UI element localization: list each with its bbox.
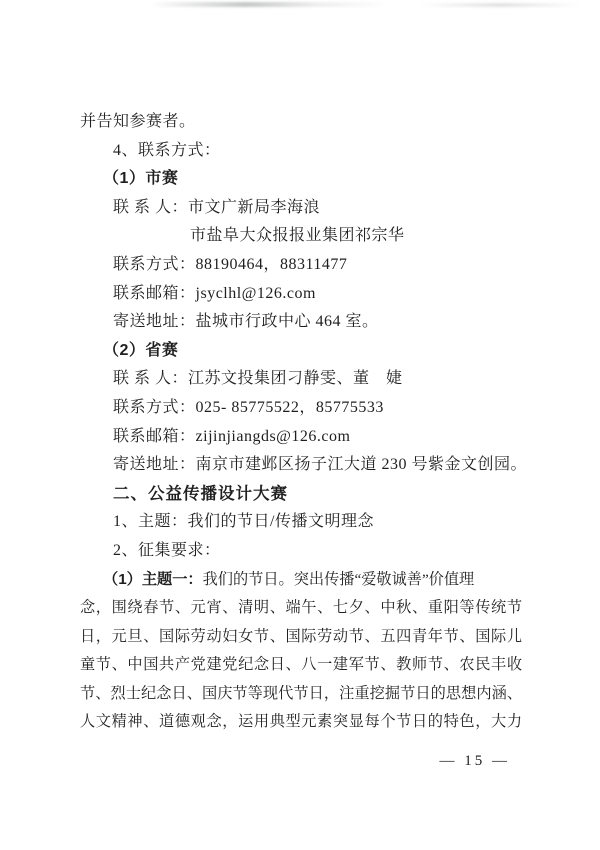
requirement-paragraph-line-4: 童节、中国共产党建党纪念日、八一建军节、教师节、农民丰收 — [80, 651, 522, 680]
province-email-value: zijinjiangds@126.com — [196, 428, 351, 445]
province-address-line: 寄送地址：南京市建邺区扬子江大道 230 号紫金文创园。 — [80, 451, 522, 480]
city-contact-person-line: 联 系 人：市文广新局李海浪 — [80, 194, 522, 223]
province-phone-line: 联系方式：025- 85775522，85775533 — [80, 394, 522, 423]
province-phone-value: 025- 85775522，85775533 — [196, 399, 384, 416]
section-two-requirements-line: 2、征集要求： — [80, 537, 522, 566]
city-address-line: 寄送地址：盐城市行政中心 464 室。 — [80, 308, 522, 337]
scan-artifact-streak-right — [420, 3, 580, 7]
requirement-paragraph-label: （1）主题一： — [103, 571, 203, 588]
intro-continuation-line: 并告知参赛者。 — [80, 108, 522, 137]
province-address-label: 寄送地址： — [113, 456, 196, 473]
document-body: 并告知参赛者。 4、联系方式： （1）市赛 联 系 人：市文广新局李海浪 市盐阜… — [80, 108, 522, 737]
city-address-value: 盐城市行政中心 464 室。 — [196, 313, 379, 330]
city-contest-title: （1）市赛 — [80, 165, 522, 194]
contact-section-heading: 4、联系方式： — [80, 137, 522, 166]
section-two-heading: 二、公益传播设计大赛 — [80, 480, 522, 509]
scan-artifact-streak — [150, 2, 390, 7]
city-phone-value: 88190464，88311477 — [196, 256, 348, 273]
city-phone-line: 联系方式：88190464，88311477 — [80, 251, 522, 280]
city-contact-person-line2: 市盐阜大众报报业集团祁宗华 — [80, 222, 522, 251]
section-two-theme-line: 1、主题：我们的节日/传播文明理念 — [80, 508, 522, 537]
province-address-value: 南京市建邺区扬子江大道 230 号紫金文创园。 — [196, 456, 528, 473]
province-contact-person-value: 江苏文投集团刁静雯、董 婕 — [188, 370, 403, 387]
province-email-label: 联系邮箱： — [113, 428, 196, 445]
city-phone-label: 联系方式： — [113, 256, 196, 273]
requirement-paragraph-line-2: 念，围绕春节、元宵、清明、端午、七夕、中秋、重阳等传统节 — [80, 594, 522, 623]
province-phone-label: 联系方式： — [113, 399, 196, 416]
requirement-paragraph-line-1: （1）主题一：我们的节日。突出传播“爱敬诚善”价值理 — [80, 566, 522, 595]
city-contact-person-value: 市文广新局李海浪 — [188, 199, 320, 216]
province-email-line: 联系邮箱：zijinjiangds@126.com — [80, 423, 522, 452]
requirement-paragraph-line-3: 日，元旦、国际劳动妇女节、国际劳动节、五四青年节、国际儿 — [80, 623, 522, 652]
city-contact-person-label: 联 系 人： — [113, 199, 188, 216]
city-address-label: 寄送地址： — [113, 313, 196, 330]
province-contact-person-line: 联 系 人：江苏文投集团刁静雯、董 婕 — [80, 365, 522, 394]
city-email-label: 联系邮箱： — [113, 285, 196, 302]
requirement-paragraph-line-6: 人文精神、道德观念，运用典型元素突显每个节日的特色，大力 — [80, 708, 522, 737]
province-contest-title: （2）省赛 — [80, 337, 522, 366]
requirement-paragraph-line-1-text: 我们的节日。突出传播“爱敬诚善”价值理 — [203, 571, 475, 588]
requirement-paragraph-line-5: 节、烈士纪念日、国庆节等现代节日，注重挖掘节日的思想内涵、 — [80, 680, 522, 709]
page-number: — 15 — — [440, 749, 511, 773]
scanned-document-page: 并告知参赛者。 4、联系方式： （1）市赛 联 系 人：市文广新局李海浪 市盐阜… — [0, 0, 600, 850]
province-contact-person-label: 联 系 人： — [113, 370, 188, 387]
city-email-value: jsyclhl@126.com — [196, 285, 316, 302]
city-email-line: 联系邮箱：jsyclhl@126.com — [80, 280, 522, 309]
